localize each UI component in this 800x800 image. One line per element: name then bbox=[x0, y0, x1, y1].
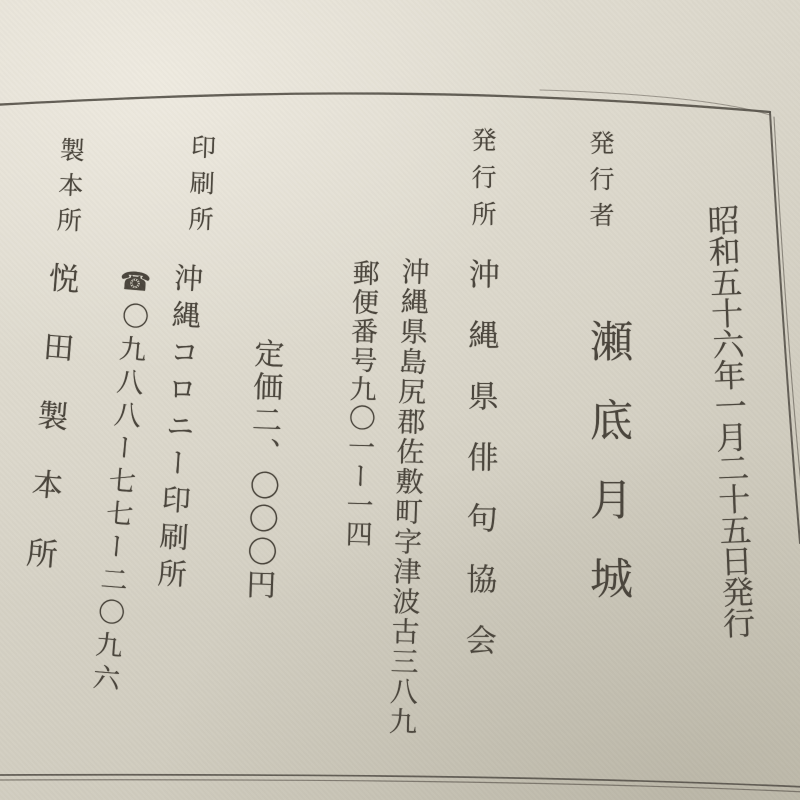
postal-code: 郵便番号九〇一ー一四 bbox=[336, 258, 383, 549]
bindery-role-label: 製本所 bbox=[48, 136, 89, 242]
price: 定価二、〇〇〇円 bbox=[235, 337, 288, 602]
publisher-name: 瀬底月城 bbox=[578, 319, 639, 635]
printer-role-label: 印刷所 bbox=[180, 133, 220, 242]
publishing-office-name: 沖縄県俳句協会 bbox=[455, 258, 504, 685]
publishing-office-label: 発行所 bbox=[464, 127, 500, 238]
publisher-role-label: 発行者 bbox=[582, 130, 618, 238]
colophon-page-photo: 昭和五十六年一月二十五日発行 発行者 瀬底月城 発行所 沖縄県俳句協会 沖縄県島… bbox=[0, 0, 800, 800]
telephone-icon: ☎ bbox=[119, 266, 151, 303]
